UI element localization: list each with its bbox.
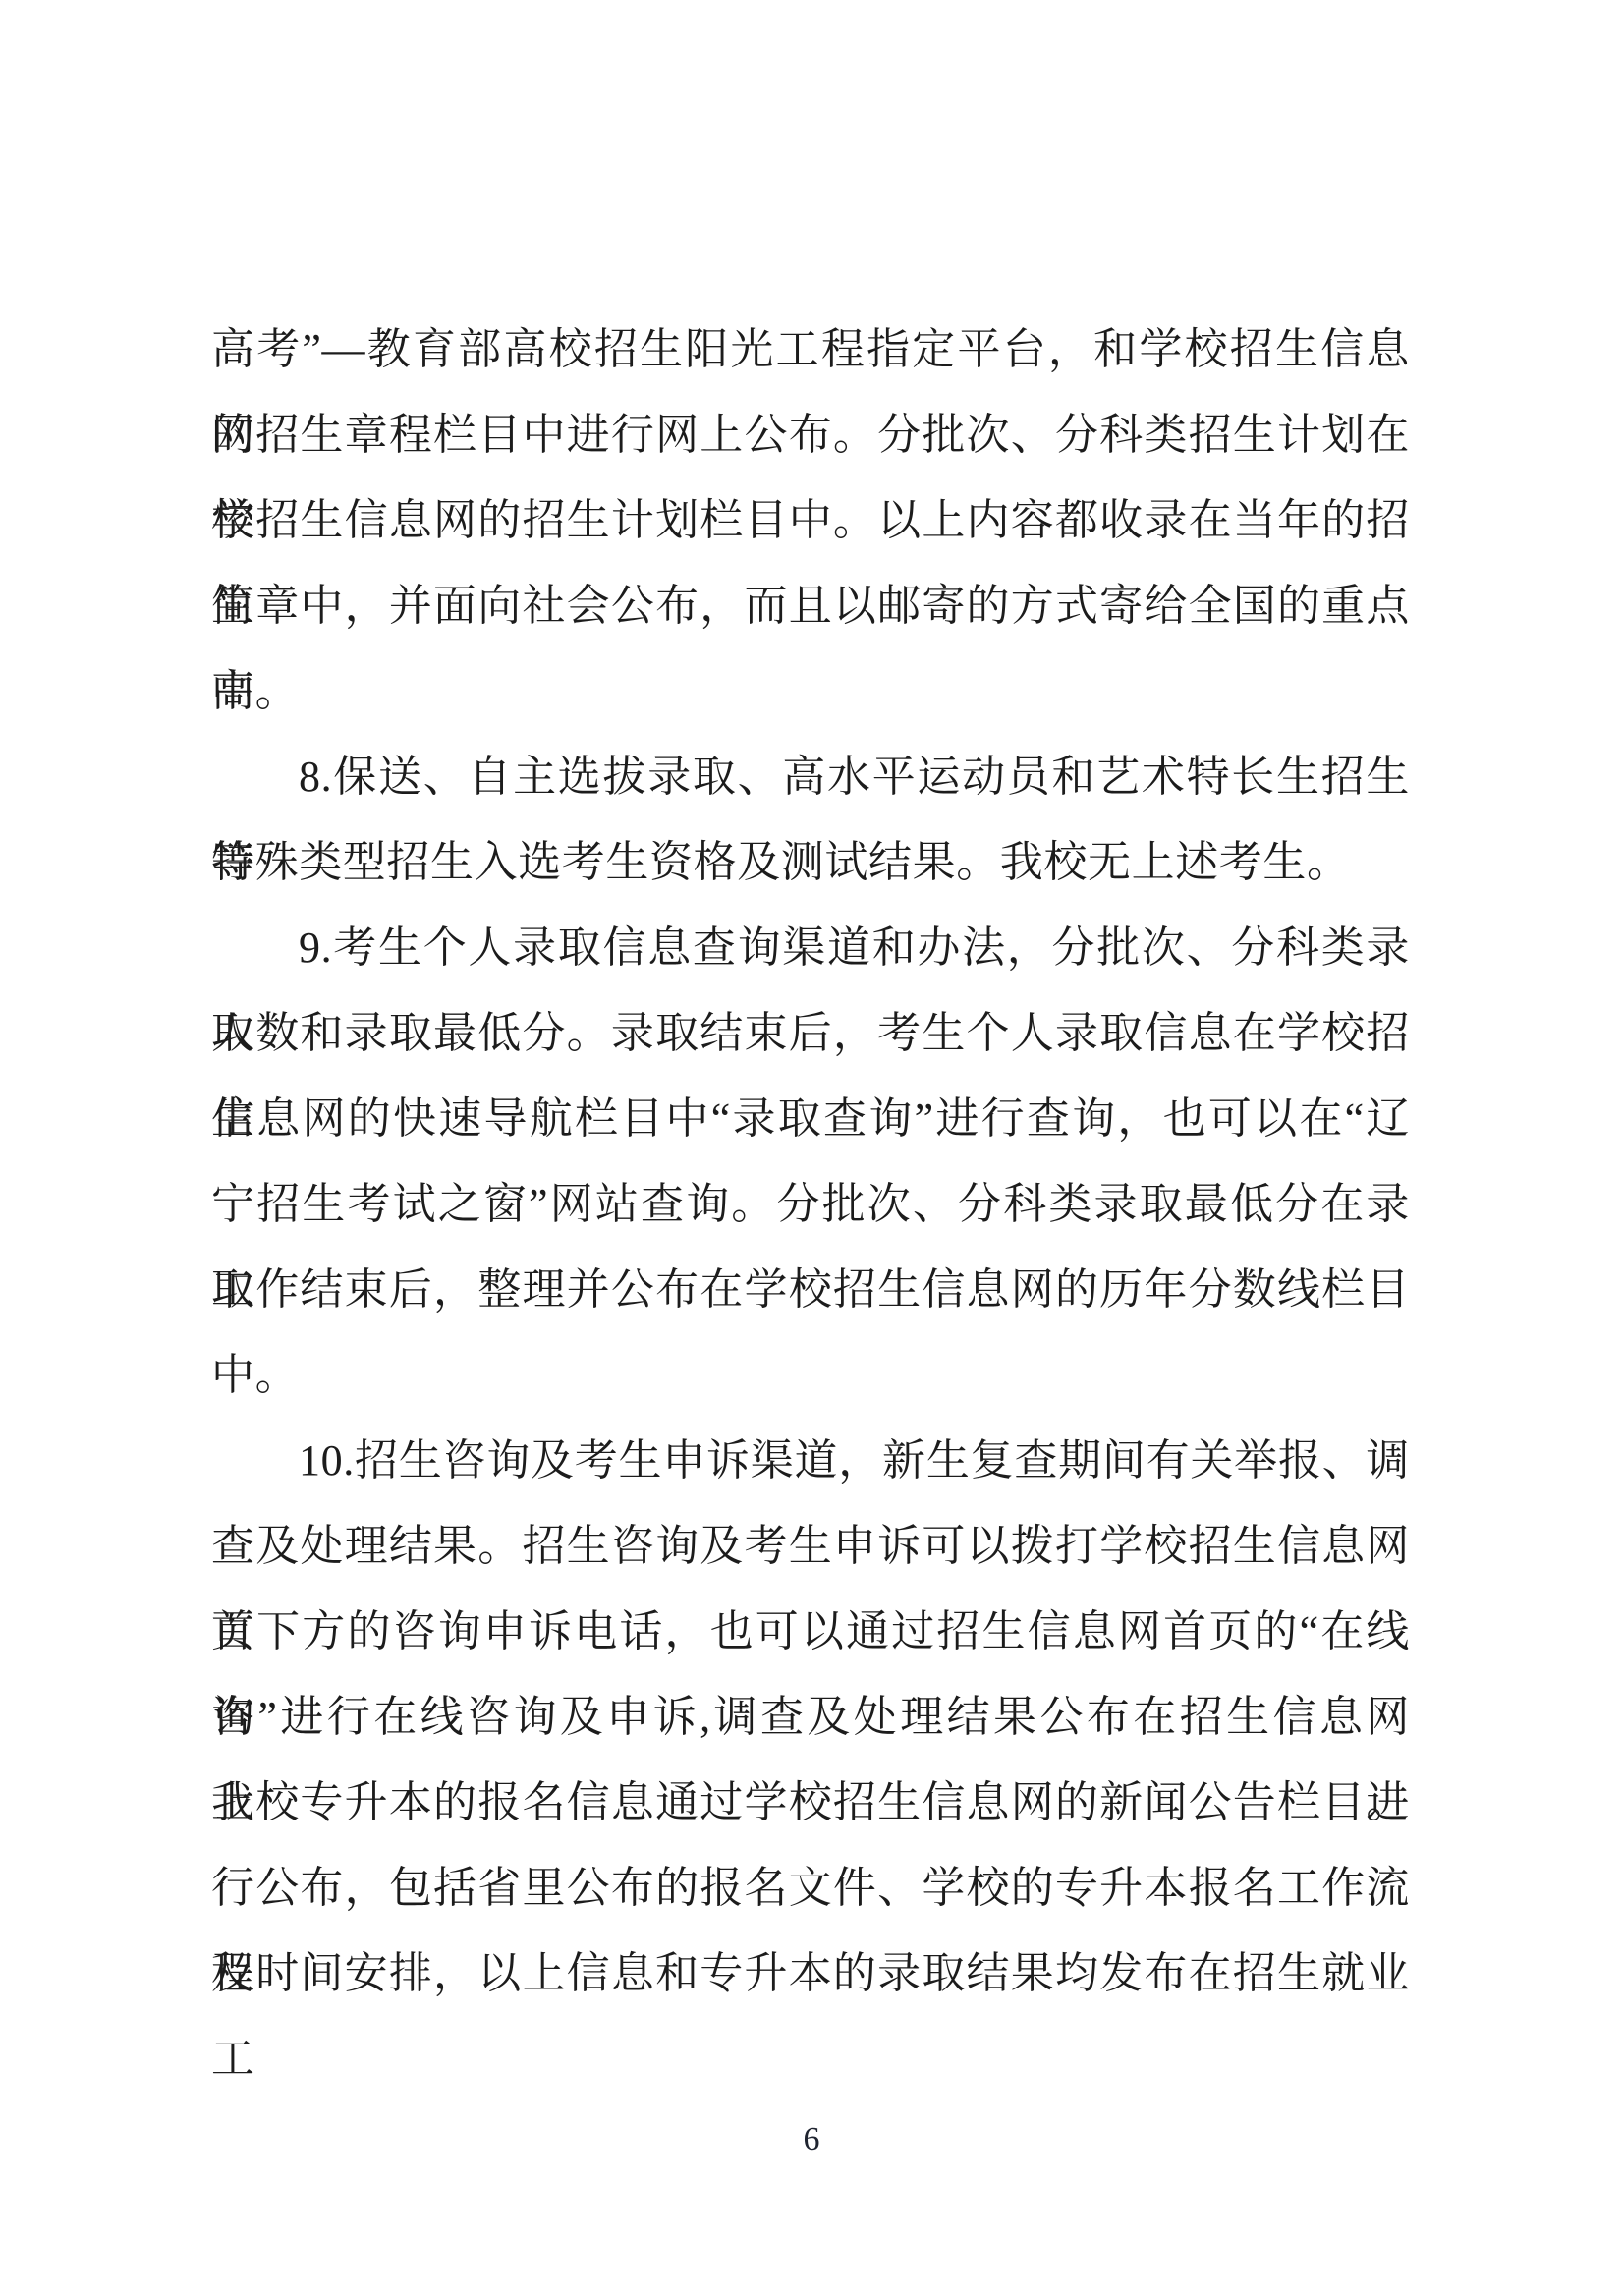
text-line: 我校专升本的报名信息通过学校招生信息网的新闻公告栏目进 [211, 1760, 1410, 1845]
text-line: 10.招生咨询及考生申诉渠道，新生复查期间有关举报、调 [211, 1418, 1410, 1503]
text-line: 询”进行在线咨询及申诉,调查及处理结果公布在招生信息网上。 [211, 1674, 1410, 1760]
text-line: 宁招生考试之窗”网站查询。分批次、分科类录取最低分在录取 [211, 1161, 1410, 1247]
text-line: 高考”—教育部高校招生阳光工程指定平台，和学校招生信息网 [211, 307, 1410, 392]
text-line: 校招生信息网的招生计划栏目中。以上内容都收录在当年的招生 [211, 477, 1410, 563]
text-line: 行公布，包括省里公布的报名文件、学校的专升本报名工作流程 [211, 1845, 1410, 1931]
text-line: 中。 [211, 1332, 1410, 1418]
text-line: 的招生章程栏目中进行网上公布。分批次、分科类招生计划在学 [211, 392, 1410, 477]
text-line: 及时间安排，以上信息和专升本的录取结果均发布在招生就业工 [211, 1931, 1410, 2016]
text-line: 简章中，并面向社会公布，而且以邮寄的方式寄给全国的重点高 [211, 563, 1410, 648]
text-line: 工作结束后，整理并公布在学校招生信息网的历年分数线栏目 [211, 1247, 1410, 1332]
document-page: 高考”—教育部高校招生阳光工程指定平台，和学校招生信息网的招生章程栏目中进行网上… [0, 0, 1623, 2296]
text-line: 特殊类型招生入选考生资格及测试结果。我校无上述考生。 [211, 819, 1410, 905]
text-line: 查及处理结果。招生咨询及考生申诉可以拨打学校招生信息网首 [211, 1503, 1410, 1589]
page-number: 6 [0, 2120, 1623, 2159]
text-line: 9.考生个人录取信息查询渠道和办法，分批次、分科类录取 [211, 905, 1410, 990]
text-line: 8.保送、自主选拔录取、高水平运动员和艺术特长生招生等 [211, 734, 1410, 819]
text-line: 人数和录取最低分。录取结束后，考生个人录取信息在学校招生 [211, 990, 1410, 1076]
text-line: 页下方的咨询申诉电话，也可以通过招生信息网首页的“在线咨 [211, 1589, 1410, 1674]
text-line: 中。 [211, 648, 1410, 734]
text-line: 信息网的快速导航栏目中“录取查询”进行查询，也可以在“辽 [211, 1076, 1410, 1161]
text-block: 高考”—教育部高校招生阳光工程指定平台，和学校招生信息网的招生章程栏目中进行网上… [211, 307, 1410, 2016]
